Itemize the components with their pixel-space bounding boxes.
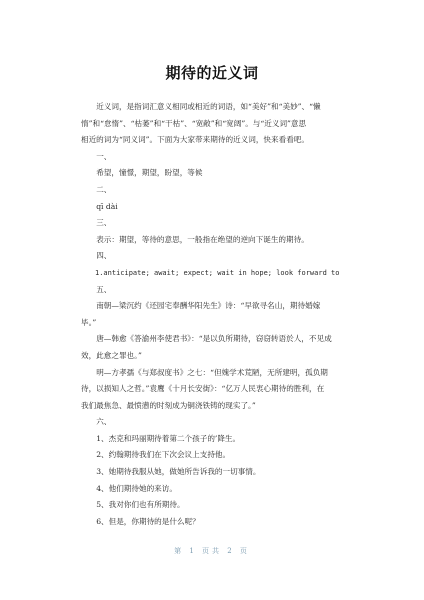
section-heading-4: 四、 (81, 248, 343, 265)
citation-line: 效，此愈之罪也。” (81, 348, 343, 365)
citation-line: 南朝—梁沉约《还园宅奉酬华阳先生》诗：“早欲寻名山，期待婚嫁 (81, 298, 343, 315)
example-sentence: 4、他们期待她的来访。 (81, 481, 343, 498)
english-translation: 1.anticipate; await; expect; wait in hop… (81, 265, 343, 282)
citation-line: 毕。” (81, 315, 343, 332)
example-sentence: 3、她期待我服从她，做她所告诉我的一切事情。 (81, 464, 343, 481)
citation-line: 我们最焦急、最愤懑的时刻成为铜浇铁铸的现实了。” (81, 398, 343, 415)
section-heading-5: 五、 (81, 282, 343, 299)
definition: 表示：期望，等待的意思，一般指在绝望的逆向下诞生的期待。 (81, 232, 343, 249)
document-page: 期待的近义词 近义词，是指词汇意义相同或相近的词语，如“美好”和“美妙”、“懒 … (0, 0, 424, 600)
synonyms-list: 希望，憧憬，期望，盼望，等候 (81, 165, 343, 182)
example-sentence: 6、但是，你期待的是什么呢？ (81, 514, 343, 531)
citation-line: 明—方孝孺《与郑叔度书》之七：“但媿学术荒陋，无所建明，孤负期 (81, 365, 343, 382)
section-heading-2: 二、 (81, 182, 343, 199)
intro-line: 相近的词为“同义词”。下面为大家带来期待的近义词，快来看看吧。 (81, 132, 343, 149)
document-title: 期待的近义词 (0, 62, 424, 83)
example-sentence: 5、我对你们也有所期待。 (81, 497, 343, 514)
section-heading-3: 三、 (81, 215, 343, 232)
citation-line: 唐—韩愈《答渝州李使君书》：“是以负所期待，窃窃转语於人，不见成 (81, 331, 343, 348)
section-heading-6: 六、 (81, 414, 343, 431)
document-body: 近义词，是指词汇意义相同或相近的词语，如“美好”和“美妙”、“懒 惰”和“怠惰”… (81, 99, 343, 530)
section-heading-1: 一、 (81, 149, 343, 166)
example-sentence: 2、约翰期待我们在下次会议上支持他。 (81, 447, 343, 464)
page-number-footer: 第 1 页共 2 页 (0, 546, 424, 556)
intro-line: 近义词，是指词汇意义相同或相近的词语，如“美好”和“美妙”、“懒 (81, 99, 343, 116)
intro-line: 惰”和“怠惰”、“枯萎”和“干枯”、“宽敞”和“宽阔”。与“近义词”意思 (81, 116, 343, 133)
example-sentence: 1、杰克和玛丽期待着第二个孩子的’降生。 (81, 431, 343, 448)
pinyin: qī dài (81, 199, 343, 216)
citation-line: 待，以损知人之哲。”袁鹰《十月长安街》：“亿万人民衷心期待的胜利，在 (81, 381, 343, 398)
